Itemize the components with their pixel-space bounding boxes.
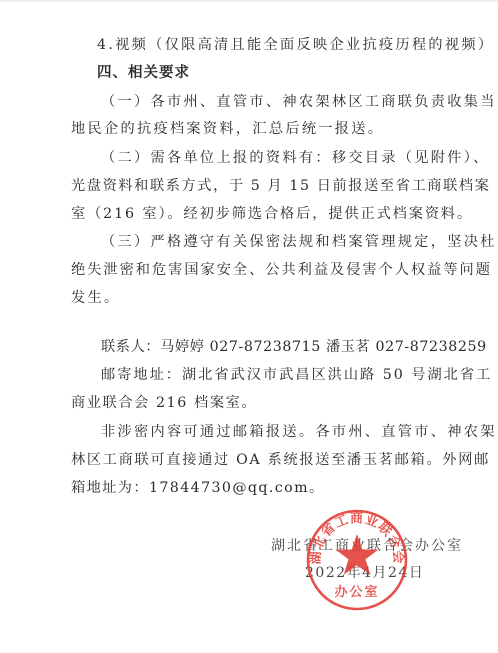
- requirement-3-cont-2: 发生。: [71, 289, 120, 307]
- email-note-cont-1: 林区工商联可直接通过 OA 系统报送至潘玉茗邮箱。外网邮: [71, 451, 490, 469]
- section-heading-requirements: 四、相关要求: [97, 64, 190, 82]
- requirement-2-cont-2: 室（216 室）。经初步筛选合格后，提供正式档案资料。: [71, 205, 473, 223]
- mailing-address-cont: 商业联合会 216 档案室。: [71, 394, 257, 412]
- svg-text:办公室: 办公室: [334, 584, 379, 600]
- email-note: 非涉密内容可通过邮箱报送。各市州、直管市、神农架: [101, 423, 497, 441]
- requirement-2-cont-1: 光盘资料和联系方式，于 5 月 15 日前报送至省工商联档案: [71, 177, 490, 195]
- requirement-3: （三）严格遵守有关保密法规和档案管理规定，坚决杜: [101, 233, 497, 251]
- contact-persons: 联系人：马婷婷 027-87238715 潘玉茗 027-87238259: [101, 338, 487, 356]
- requirement-3-cont-1: 绝失泄密和危害国家安全、公共利益及侵害个人权益等问题: [71, 261, 492, 279]
- page-top-border: [0, 0, 498, 2]
- official-seal-icon: 湖北省工商业联合会 办公室: [305, 508, 409, 612]
- requirement-2: （二）需各单位上报的资料有：移交目录（见附件）、: [101, 149, 490, 167]
- item-video: 4.视频（仅限高清且能全面反映企业抗疫历程的视频）: [97, 36, 494, 54]
- requirement-1: （一）各市州、直管市、神农架林区工商联负责收集当: [101, 93, 497, 111]
- requirement-1-cont: 地民企的抗疫档案资料，汇总后统一报送。: [71, 120, 384, 138]
- mailing-address: 邮寄地址：湖北省武汉市武昌区洪山路 50 号湖北省工: [101, 366, 492, 384]
- email-address: 箱地址为：17844730@qq.com。: [71, 479, 325, 497]
